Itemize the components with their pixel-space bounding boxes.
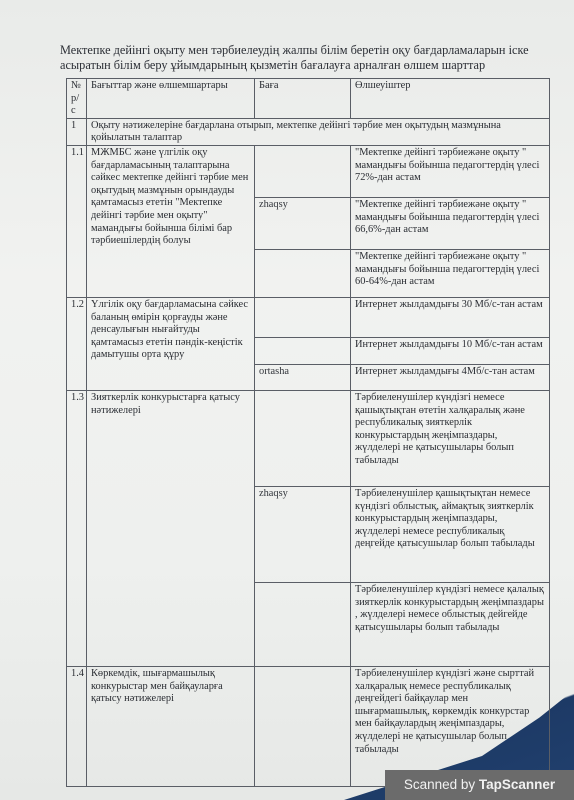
section-row: 1 Оқыту нәтижелеріне бағдарлана отырып, … bbox=[67, 118, 550, 145]
header-grade: Баға bbox=[255, 79, 351, 119]
grade-cell bbox=[255, 249, 351, 297]
indicator-cell: Интернет жылдамдығы 30 Мб/с-тан астам bbox=[351, 297, 550, 337]
table-row: 1.3Зияткерлік конкурыстарға қатысу нәтиж… bbox=[67, 390, 550, 486]
grade-cell bbox=[255, 297, 351, 337]
indicator-cell: Тәрбиеленушілер қашықтықтан немесе күнді… bbox=[351, 486, 550, 582]
grade-cell bbox=[255, 390, 351, 486]
indicator-cell: Интернет жылдамдығы 10 Мб/с-тан астам bbox=[351, 337, 550, 364]
table-body: 1 Оқыту нәтижелеріне бағдарлана отырып, … bbox=[67, 118, 550, 786]
criterion-direction: Зияткерлік конкурыстарға қатысу нәтижеле… bbox=[87, 390, 255, 666]
criterion-number: 1.2 bbox=[67, 297, 87, 390]
table-row: 1.2Үлгілік оқу бағдарламасына сәйкес бал… bbox=[67, 297, 550, 337]
grade-cell: zhaqsy bbox=[255, 197, 351, 249]
section-number: 1 bbox=[67, 118, 87, 145]
indicator-cell: "Мектепке дейінгі тәрбиежәне оқыту " мам… bbox=[351, 145, 550, 197]
grade-cell: zhaqsy bbox=[255, 486, 351, 582]
indicator-cell: Тәрбиеленушілер күндізгі немесе қалалық … bbox=[351, 582, 550, 666]
scanner-watermark: Scanned by TapScanner bbox=[385, 770, 574, 800]
header-indicators: Өлшеуіштер bbox=[351, 79, 550, 119]
criterion-direction: Көркемдік, шығармашылық конкурыстар мен … bbox=[87, 666, 255, 786]
indicator-cell: Интернет жылдамдығы 4Мб/с-тан астам bbox=[351, 364, 550, 390]
grade-cell bbox=[255, 582, 351, 666]
grade-cell bbox=[255, 145, 351, 197]
grade-cell bbox=[255, 666, 351, 786]
indicator-cell: "Мектепке дейінгі тәрбиежәне оқыту " мам… bbox=[351, 249, 550, 297]
criterion-number: 1.3 bbox=[67, 390, 87, 666]
criterion-number: 1.1 bbox=[67, 145, 87, 297]
indicator-cell: "Мектепке дейінгі тәрбиежәне оқыту " мам… bbox=[351, 197, 550, 249]
document-title: Мектепке дейінгі оқыту мен тәрбиелеудің … bbox=[60, 43, 560, 73]
watermark-brand: TapScanner bbox=[479, 777, 555, 792]
indicator-cell: Тәрбиеленушілер күндізгі немесе қашықтық… bbox=[351, 390, 550, 486]
section-text: Оқыту нәтижелеріне бағдарлана отырып, ме… bbox=[87, 118, 550, 145]
grade-cell: ortasha bbox=[255, 364, 351, 390]
criterion-number: 1.4 bbox=[67, 666, 87, 786]
grade-cell bbox=[255, 337, 351, 364]
table-header-row: № р/с Бағыттар және өлшемшартары Баға Өл… bbox=[67, 79, 550, 119]
watermark-prefix: Scanned by bbox=[404, 777, 479, 792]
criterion-direction: МЖМБС және үлгілік оқу бағдарламасының т… bbox=[87, 145, 255, 297]
criterion-direction: Үлгілік оқу бағдарламасына сәйкес баланы… bbox=[87, 297, 255, 390]
header-number: № р/с bbox=[67, 79, 87, 119]
table-row: 1.4Көркемдік, шығармашылық конкурыстар м… bbox=[67, 666, 550, 786]
table-row: 1.1МЖМБС және үлгілік оқу бағдарламасыны… bbox=[67, 145, 550, 197]
header-direction: Бағыттар және өлшемшартары bbox=[87, 79, 255, 119]
indicator-cell: Тәрбиеленушілер күндізгі және сырттай ха… bbox=[351, 666, 550, 786]
criteria-table: № р/с Бағыттар және өлшемшартары Баға Өл… bbox=[66, 78, 550, 787]
